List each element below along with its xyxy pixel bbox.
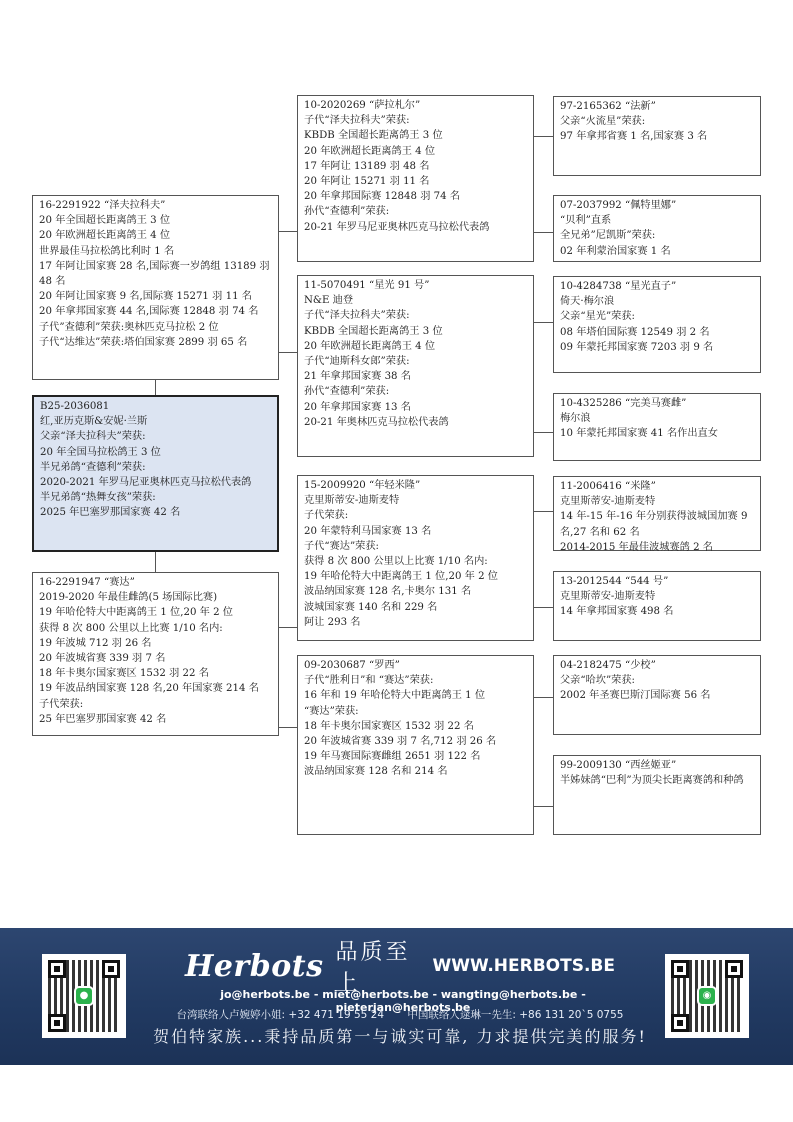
sd-sire-card: 10-4284738 “星光直子” 倚天·梅尔浪 父亲“星光”荣获: 08 年塔…	[553, 276, 761, 373]
achievement: 子代“赛达”荣获:	[304, 539, 528, 554]
connector	[278, 231, 297, 232]
qr-finder	[48, 960, 66, 978]
achievement: 2020-2021 年罗马尼亚奥林匹克马拉松代表鸽	[40, 475, 272, 490]
connector	[533, 697, 553, 698]
achievement: 2025 年巴塞罗那国家赛 42 名	[40, 505, 272, 520]
connector	[533, 232, 553, 233]
achievement: 20 年波城省赛 339 羽 7 名	[39, 651, 273, 666]
achievement: 17 年阿让国家赛 28 名,国际赛一岁鸽组 13189 羽 48 名	[39, 259, 273, 289]
achievement: 20 年蒙特利马国家赛 13 名	[304, 524, 528, 539]
achievement: 20 年拿邦国际赛 12848 羽 74 名	[304, 189, 528, 204]
footer-banner: ● Herbots 品质至上 WWW.HERBOTS.BE jo@herbots…	[0, 928, 793, 1065]
qr-code-wechat[interactable]: ◉	[665, 954, 749, 1038]
qr-finder	[48, 1014, 66, 1032]
achievement: 子代荣获:	[39, 697, 273, 712]
ring-number: 11-2006416 “米隆”	[560, 479, 755, 494]
line-app-icon: ●	[74, 986, 94, 1006]
connector	[155, 551, 156, 573]
achievement: 20 年欧洲超长距离鸽王 4 位	[304, 339, 528, 354]
achievement: 波城国家赛 140 名和 229 名	[304, 600, 528, 615]
achievement: 全兄弟”尼凯斯”荣获:	[560, 228, 755, 243]
brand-row: Herbots 品质至上 WWW.HERBOTS.BE	[185, 946, 615, 986]
ring-number: 13-2012544 “544 号”	[560, 574, 755, 589]
achievement: 14 年拿邦国家赛 498 名	[560, 604, 755, 619]
contact-phones: 台湾联络人卢婉婷小姐: +32 471 19 55 24 中国联络人逯琳一先生:…	[140, 1007, 660, 1022]
ring-number: 16-2291922 “泽夫拉科夫”	[39, 198, 273, 213]
achievement: 20-21 年罗马尼亚奥林匹克马拉松代表鸽	[304, 220, 528, 235]
qr-code-line[interactable]: ●	[42, 954, 126, 1038]
connector	[278, 352, 297, 353]
breeder: 克里斯蒂安-迪斯麦特	[560, 589, 755, 604]
achievement: 父亲“星光”荣获:	[560, 309, 755, 324]
ring-number: 04-2182475 “少校”	[560, 658, 755, 673]
achievement: 2014-2015 年最佳波城赛鸽 2 名	[560, 540, 755, 555]
ss-sire-card: 97-2165362 “法新” 父亲“火流星”荣获: 97 年拿邦省赛 1 名,…	[553, 96, 761, 176]
achievement: 18 年卡奥尔国家赛区 1532 羽 22 名	[39, 666, 273, 681]
ds-sire-card: 11-2006416 “米隆” 克里斯蒂安-迪斯麦特 14 年-15 年-16 …	[553, 476, 761, 551]
achievement: 25 年巴塞罗那国家赛 42 名	[39, 712, 273, 727]
achievement: 08 年塔伯国际赛 12549 羽 2 名	[560, 325, 755, 340]
connector	[278, 727, 297, 728]
achievement: KBDB 全国超长距离鸽王 3 位	[304, 324, 528, 339]
achievement: 17 年阿让 13189 羽 48 名	[304, 159, 528, 174]
achievement: 半兄弟鸽“热舞女孩”荣获:	[40, 490, 272, 505]
achievement: 父亲“火流星”荣获:	[560, 114, 755, 129]
ring-number: 11-5070491 “星光 91 号”	[304, 278, 528, 293]
dam-card: 16-2291947 “赛达” 2019-2020 年最佳雌鸽(5 场国际比赛)…	[32, 572, 279, 736]
color-breeder: 红,亚历克斯&安妮·兰斯	[40, 414, 272, 429]
achievement: 19 年哈伦特大中距离鸽王 1 位,20 年 2 位	[304, 569, 528, 584]
achievement: 20 年欧洲超长距离鸽王 4 位	[39, 228, 273, 243]
breeder: 克里斯蒂安-迪斯麦特	[560, 494, 755, 509]
achievement: 半姊妹鸽“巴利”为顶尖长距离赛鸽和种鸽	[560, 773, 755, 788]
dd-dam-card: 99-2009130 “西丝姬亚” 半姊妹鸽“巴利”为顶尖长距离赛鸽和种鸽	[553, 755, 761, 835]
achievement: 20 年全国超长距离鸽王 3 位	[39, 213, 273, 228]
ring-number: B25-2036081	[40, 399, 272, 414]
achievement: 父亲“泽夫拉科夫”荣获:	[40, 429, 272, 444]
achievement: 子代“达维达”荣获:塔伯国家赛 2899 羽 65 名	[39, 335, 273, 350]
achievement: 波品纳国家赛 128 名,卡奥尔 131 名	[304, 584, 528, 599]
ring-number: 10-4325286 “完美马赛雌”	[560, 396, 755, 411]
breeder: 克里斯蒂安-迪斯麦特	[304, 493, 528, 508]
connector	[533, 607, 553, 608]
achievement: 20 年波城省赛 339 羽 7 名,712 羽 26 名	[304, 734, 528, 749]
achievement: 20 年阿让国家赛 9 名,国际赛 15271 羽 11 名	[39, 289, 273, 304]
subject-card: B25-2036081 红,亚历克斯&安妮·兰斯 父亲“泽夫拉科夫”荣获: 20…	[32, 395, 279, 552]
dam-dam-card: 09-2030687 “罗西” 子代“胜利日”和 “赛达”荣获: 16 年和 1…	[297, 655, 534, 835]
qr-finder	[671, 1014, 689, 1032]
achievement: 2019-2020 年最佳雌鸽(5 场国际比赛)	[39, 590, 273, 605]
slogan: 贺伯特家族...秉持品质第一与诚实可靠, 力求提供完美的服务!	[130, 1024, 670, 1047]
achievement: 16 年和 19 年哈伦特大中距离鸽王 1 位	[304, 688, 528, 703]
breeder: 梅尔浪	[560, 411, 755, 426]
achievement: 20-21 年奥林匹克马拉松代表鸽	[304, 415, 528, 430]
contact-taiwan: 台湾联络人卢婉婷小姐: +32 471 19 55 24	[177, 1009, 385, 1021]
ring-number: 16-2291947 “赛达”	[39, 575, 273, 590]
herbots-logo: Herbots	[185, 949, 323, 984]
achievement: 19 年波城 712 羽 26 名	[39, 636, 273, 651]
achievement: 09 年蒙托邦国家赛 7203 羽 9 名	[560, 340, 755, 355]
achievement: 子代”查德利”荣获:奥林匹克马拉松 2 位	[39, 320, 273, 335]
achievement: 子代“泽夫拉科夫”荣获:	[304, 308, 528, 323]
dam-sire-card: 15-2009920 “年轻米隆” 克里斯蒂安-迪斯麦特 子代荣获: 20 年蒙…	[297, 475, 534, 641]
breeder: N&E 迪登	[304, 293, 528, 308]
achievement: 2002 年圣赛巴斯汀国际赛 56 名	[560, 688, 755, 703]
sire-card: 16-2291922 “泽夫拉科夫” 20 年全国超长距离鸽王 3 位 20 年…	[32, 195, 279, 380]
ss-dam-card: 07-2037992 “佩特里娜” “贝利”直系 全兄弟”尼凯斯”荣获: 02 …	[553, 195, 761, 262]
contact-china: 中国联络人逯琳一先生: +86 131 20`5 0755	[407, 1009, 623, 1021]
breeder: 倚天·梅尔浪	[560, 294, 755, 309]
achievement: 21 年拿邦国家赛 38 名	[304, 369, 528, 384]
connector	[533, 511, 553, 512]
connector	[533, 432, 553, 433]
achievement: 子代“迪斯科女郎”荣获:	[304, 354, 528, 369]
website-link[interactable]: WWW.HERBOTS.BE	[432, 956, 615, 976]
connector	[533, 322, 553, 323]
achievement: 半兄弟鸽“查德利”荣获:	[40, 460, 272, 475]
sire-dam-card: 11-5070491 “星光 91 号” N&E 迪登 子代“泽夫拉科夫”荣获:…	[297, 275, 534, 457]
achievement: 14 年-15 年-16 年分别获得波城国加赛 9 名,27 名和 62 名	[560, 509, 755, 539]
achievement: “贝利”直系	[560, 213, 755, 228]
ds-dam-card: 13-2012544 “544 号” 克里斯蒂安-迪斯麦特 14 年拿邦国家赛 …	[553, 571, 761, 641]
achievement: 19 年波品纳国家赛 128 名,20 年国家赛 214 名	[39, 681, 273, 696]
achievement: “赛达”荣获:	[304, 704, 528, 719]
ring-number: 10-4284738 “星光直子”	[560, 279, 755, 294]
sire-sire-card: 10-2020269 “萨拉札尔” 子代“泽夫拉科夫”荣获: KBDB 全国超长…	[297, 95, 534, 262]
connector	[533, 806, 553, 807]
achievement: 97 年拿邦省赛 1 名,国家赛 3 名	[560, 129, 755, 144]
connector	[155, 380, 156, 396]
achievement: 波品纳国家赛 128 名和 214 名	[304, 764, 528, 779]
wechat-icon: ◉	[697, 986, 717, 1006]
qr-finder	[671, 960, 689, 978]
achievement: 孙代“查德利”荣获:	[304, 384, 528, 399]
achievement: 19 年马赛国际赛雌组 2651 羽 122 名	[304, 749, 528, 764]
achievement: 世界最佳马拉松鸽比利时 1 名	[39, 244, 273, 259]
achievement: 孙代“查德利”荣获:	[304, 204, 528, 219]
connector	[533, 136, 553, 137]
achievement: 20 年欧洲超长距离鸽王 4 位	[304, 144, 528, 159]
dd-sire-card: 04-2182475 “少校” 父亲“哈坎”荣获: 2002 年圣赛巴斯汀国际赛…	[553, 655, 761, 735]
achievement: 子代“泽夫拉科夫”荣获:	[304, 113, 528, 128]
ring-number: 10-2020269 “萨拉札尔”	[304, 98, 528, 113]
achievement: 父亲“哈坎”荣获:	[560, 673, 755, 688]
ring-number: 97-2165362 “法新”	[560, 99, 755, 114]
achievement: 20 年阿让 15271 羽 11 名	[304, 174, 528, 189]
achievement: 子代荣获:	[304, 508, 528, 523]
ring-number: 07-2037992 “佩特里娜”	[560, 198, 755, 213]
achievement: KBDB 全国超长距离鸽王 3 位	[304, 128, 528, 143]
achievement: 阿让 293 名	[304, 615, 528, 630]
achievement: 20 年拿邦国家赛 13 名	[304, 400, 528, 415]
achievement: 子代“胜利日”和 “赛达”荣获:	[304, 673, 528, 688]
ring-number: 15-2009920 “年轻米隆”	[304, 478, 528, 493]
ring-number: 99-2009130 “西丝姬亚”	[560, 758, 755, 773]
connector	[278, 627, 297, 628]
qr-finder	[725, 960, 743, 978]
achievement: 18 年卡奥尔国家赛区 1532 羽 22 名	[304, 719, 528, 734]
ring-number: 09-2030687 “罗西”	[304, 658, 528, 673]
sd-dam-card: 10-4325286 “完美马赛雌” 梅尔浪 10 年蒙托邦国家赛 41 名作出…	[553, 393, 761, 461]
achievement: 获得 8 次 800 公里以上比赛 1/10 名内:	[39, 621, 273, 636]
qr-finder	[102, 960, 120, 978]
achievement: 10 年蒙托邦国家赛 41 名作出直女	[560, 426, 755, 441]
achievement: 20 年全国马拉松鸽王 3 位	[40, 445, 272, 460]
achievement: 02 年利蒙治国家赛 1 名	[560, 244, 755, 259]
achievement: 19 年哈伦特大中距离鸽王 1 位,20 年 2 位	[39, 605, 273, 620]
achievement: 获得 8 次 800 公里以上比赛 1/10 名内:	[304, 554, 528, 569]
achievement: 20 年拿邦国家赛 44 名,国际赛 12848 羽 74 名	[39, 304, 273, 319]
